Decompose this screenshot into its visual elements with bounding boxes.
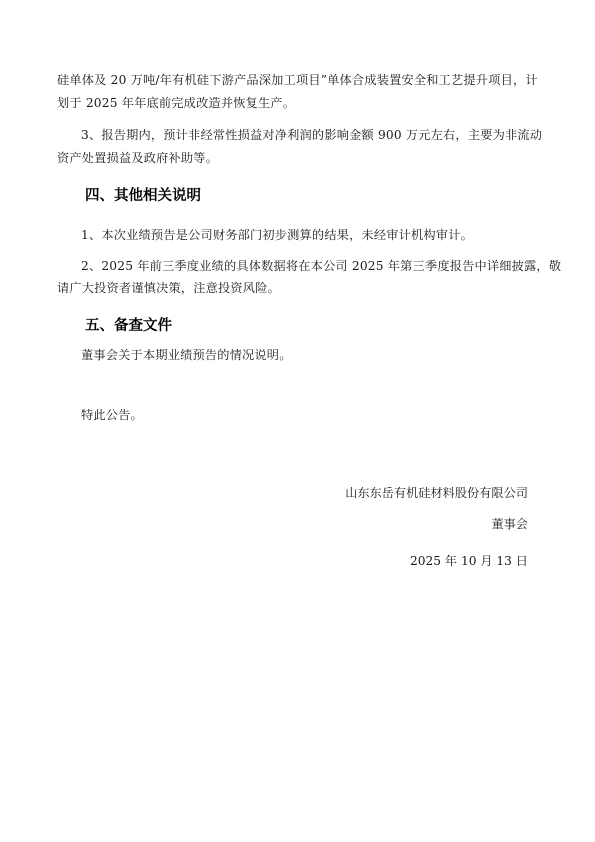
section-4-item-2-line-2: 请广大投资者谨慎决策，注意投资风险。 (57, 280, 280, 296)
signature-company: 山东东岳有机硅材料股份有限公司 (345, 485, 528, 501)
paragraph-continuation-line-1: 硅单体及 20 万吨/年有机硅下游产品深加工项目”单体合成装置安全和工艺提升项目… (57, 72, 538, 88)
closing-statement: 特此公告。 (81, 407, 143, 423)
signature-date: 2025 年 10 月 13 日 (410, 553, 528, 569)
section-5-item-1: 董事会关于本期业绩预告的情况说明。 (81, 347, 292, 363)
section-5-heading: 五、备查文件 (85, 317, 172, 335)
paragraph-3-line-1: 3、报告期内，预计非经常性损益对净利润的影响金额 900 万元左右，主要为非流动 (81, 127, 542, 143)
section-4-heading: 四、其他相关说明 (85, 187, 201, 205)
section-4-item-2-line-1: 2、2025 年前三季度业绩的具体数据将在本公司 2025 年第三季度报告中详细… (81, 258, 561, 274)
paragraph-continuation-line-2: 划于 2025 年年底前完成改造并恢复生产。 (57, 95, 295, 111)
paragraph-3-line-2: 资产处置损益及政府补助等。 (57, 150, 218, 166)
signature-board: 董事会 (491, 516, 528, 532)
section-4-item-1: 1、本次业绩预告是公司财务部门初步测算的结果，未经审计机构审计。 (81, 227, 473, 243)
